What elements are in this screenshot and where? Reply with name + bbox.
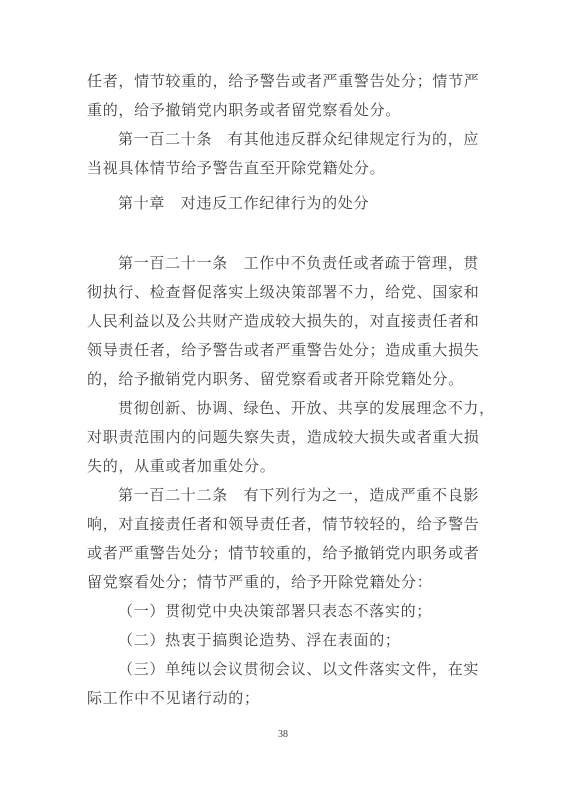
text-line: 失的，从重或者加重处分。 — [87, 453, 497, 482]
document-text-block: 任者，情节较重的，给予警告或者严重警告处分；情节严 重的，给予撤销党内职务或者留… — [87, 68, 497, 714]
document-page: 任者，情节较重的，给予警告或者严重警告处分；情节严 重的，给予撤销党内职务或者留… — [0, 0, 566, 800]
list-item-line: （一）贯彻党中央决策部署只表态不落实的； — [87, 598, 497, 627]
text-line: 当视具体情节给予警告直至开除党籍处分。 — [87, 155, 497, 184]
list-item-line: （二）热衷于搞舆论造势、浮在表面的； — [87, 627, 497, 656]
article-opening-line: 第一百二十二条 有下列行为之一，造成严重不良影 — [87, 482, 497, 511]
text-line: 重的，给予撤销党内职务或者留党察看处分。 — [87, 97, 497, 126]
text-line: 响，对直接责任者和领导责任者，情节较轻的，给予警告 — [87, 511, 497, 540]
article-opening-line: 第一百二十条 有其他违反群众纪律规定行为的，应 — [87, 126, 497, 155]
text-line: 人民利益以及公共财产造成较大损失的，对直接责任者和 — [87, 308, 497, 337]
list-item-line: （三）单纯以会议贯彻会议、以文件落实文件，在实 — [87, 656, 497, 685]
text-line: 或者严重警告处分；情节较重的，给予撤销党内职务或者 — [87, 540, 497, 569]
text-line: 任者，情节较重的，给予警告或者严重警告处分；情节严 — [87, 68, 497, 97]
text-line: 留党察看处分；情节严重的，给予开除党籍处分： — [87, 569, 497, 598]
article-opening-line: 第一百二十一条 工作中不负责任或者疏于管理，贯 — [87, 250, 497, 279]
paragraph-opening-line: 贯彻创新、协调、绿色、开放、共享的发展理念不力， — [87, 395, 497, 424]
text-line: 彻执行、检查督促落实上级决策部署不力，给党、国家和 — [87, 279, 497, 308]
text-line: 对职责范围内的问题失察失责，造成较大损失或者重大损 — [87, 424, 497, 453]
text-line: 领导责任者，给予警告或者严重警告处分；造成重大损失 — [87, 337, 497, 366]
text-line: 的，给予撤销党内职务、留党察看或者开除党籍处分。 — [87, 366, 497, 395]
page-number: 38 — [0, 728, 566, 742]
chapter-heading: 第十章 对违反工作纪律行为的处分 — [87, 190, 497, 219]
text-line: 际工作中不见诸行动的； — [87, 685, 497, 714]
